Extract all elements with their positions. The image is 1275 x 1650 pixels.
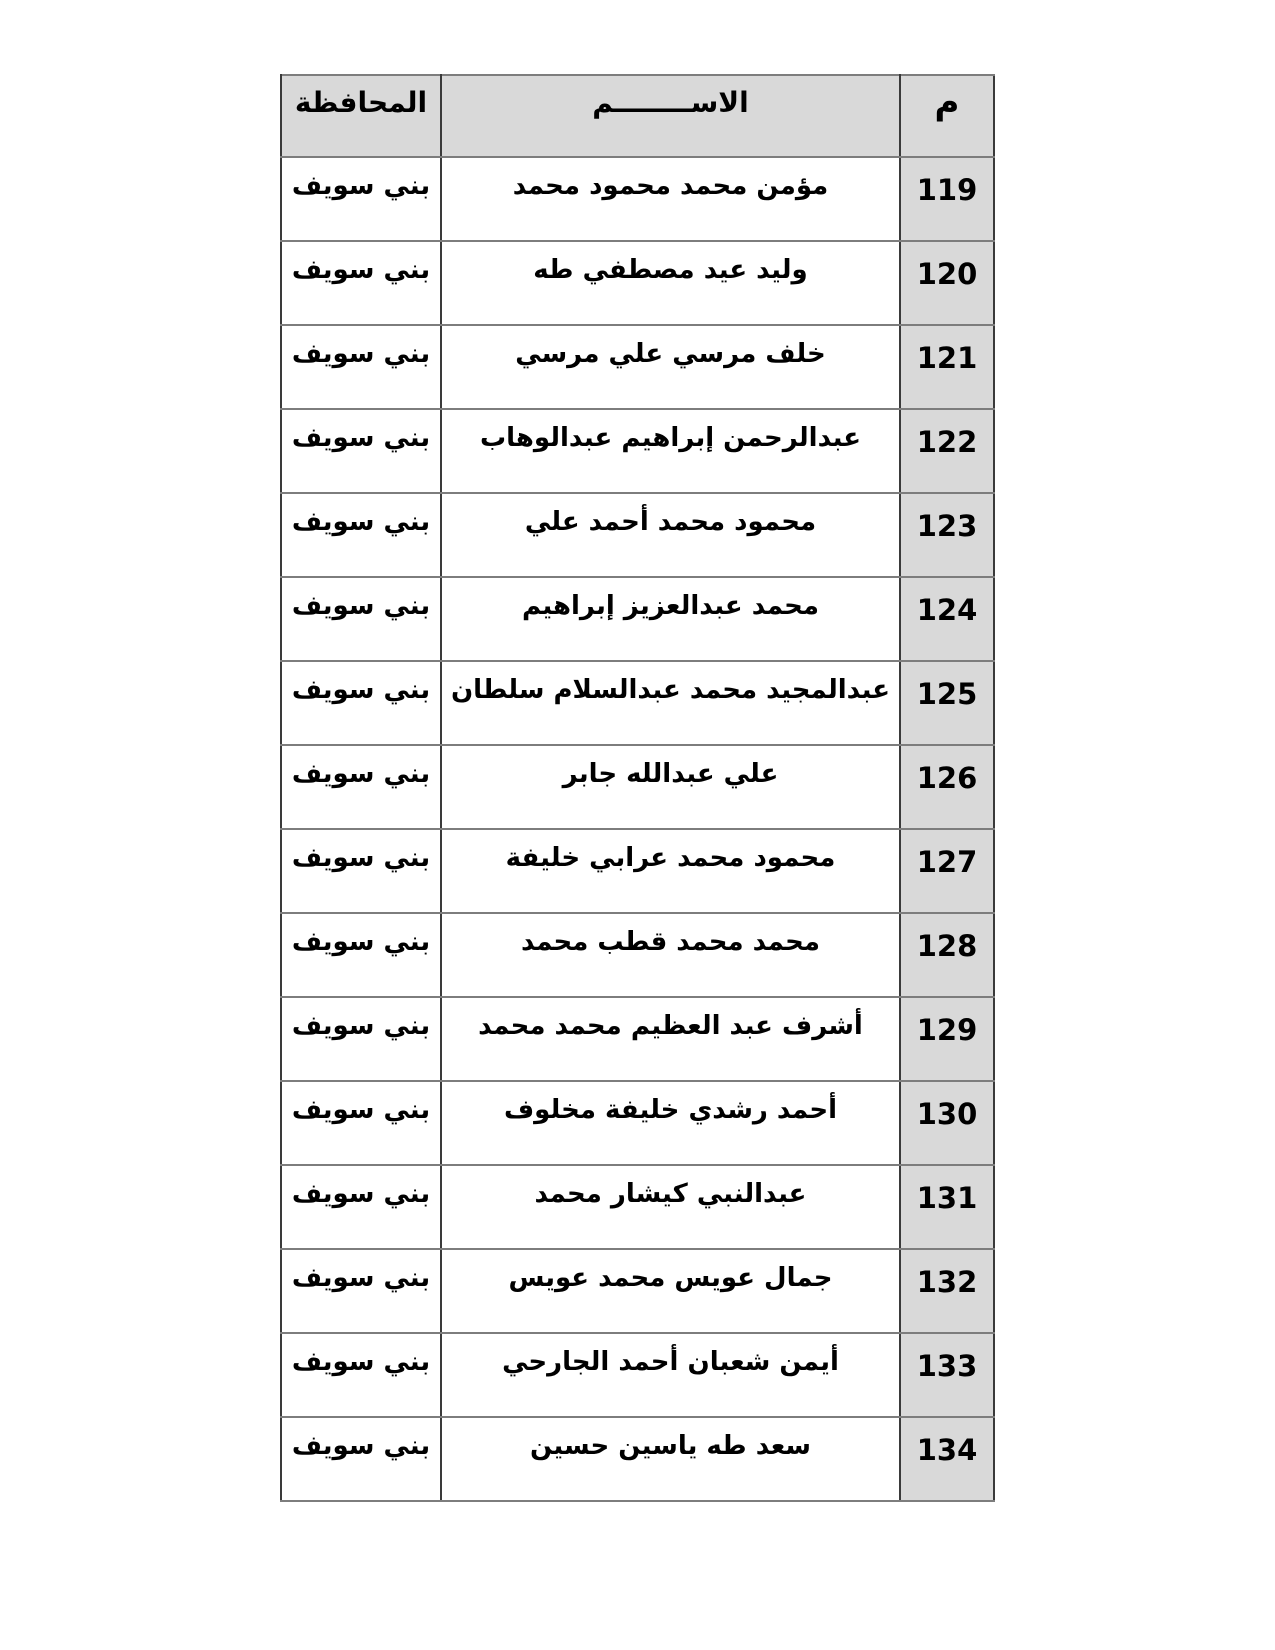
governorate-cell: بني سويف: [281, 1249, 441, 1333]
governorate-cell: بني سويف: [281, 493, 441, 577]
table-row: 128 محمد محمد قطب محمد بني سويف: [281, 913, 994, 997]
header-name: الاســــــــم: [441, 75, 900, 157]
governorate-cell: بني سويف: [281, 409, 441, 493]
name-cell: محمود محمد عرابي خليفة: [441, 829, 900, 913]
name-cell: سعد طه ياسين حسين: [441, 1417, 900, 1501]
governorate-cell: بني سويف: [281, 745, 441, 829]
name-cell: محمد محمد قطب محمد: [441, 913, 900, 997]
serial-cell: 132: [900, 1249, 994, 1333]
roster-table-body: 119 مؤمن محمد محمود محمد بني سويف 120 ول…: [281, 157, 994, 1501]
governorate-cell: بني سويف: [281, 577, 441, 661]
name-cell: علي عبدالله جابر: [441, 745, 900, 829]
governorate-cell: بني سويف: [281, 241, 441, 325]
name-cell: وليد عيد مصطفي طه: [441, 241, 900, 325]
name-cell: محمد عبدالعزيز إبراهيم: [441, 577, 900, 661]
table-row: 133 أيمن شعبان أحمد الجارحي بني سويف: [281, 1333, 994, 1417]
document-page: م الاســــــــم المحافظة 119 مؤمن محمد م…: [0, 0, 1275, 1650]
name-cell: أشرف عبد العظيم محمد محمد: [441, 997, 900, 1081]
table-row: 119 مؤمن محمد محمود محمد بني سويف: [281, 157, 994, 241]
serial-cell: 130: [900, 1081, 994, 1165]
table-row: 134 سعد طه ياسين حسين بني سويف: [281, 1417, 994, 1501]
table-row: 123 محمود محمد أحمد علي بني سويف: [281, 493, 994, 577]
serial-cell: 127: [900, 829, 994, 913]
name-cell: عبدالرحمن إبراهيم عبدالوهاب: [441, 409, 900, 493]
serial-cell: 128: [900, 913, 994, 997]
table-row: 125 عبدالمجيد محمد عبدالسلام سلطان بني س…: [281, 661, 994, 745]
table-row: 129 أشرف عبد العظيم محمد محمد بني سويف: [281, 997, 994, 1081]
serial-cell: 122: [900, 409, 994, 493]
serial-cell: 119: [900, 157, 994, 241]
name-cell: مؤمن محمد محمود محمد: [441, 157, 900, 241]
table-row: 122 عبدالرحمن إبراهيم عبدالوهاب بني سويف: [281, 409, 994, 493]
serial-cell: 120: [900, 241, 994, 325]
name-cell: محمود محمد أحمد علي: [441, 493, 900, 577]
serial-cell: 123: [900, 493, 994, 577]
header-serial-number: م: [900, 75, 994, 157]
table-row: 132 جمال عويس محمد عويس بني سويف: [281, 1249, 994, 1333]
table-row: 120 وليد عيد مصطفي طه بني سويف: [281, 241, 994, 325]
name-cell: خلف مرسي علي مرسي: [441, 325, 900, 409]
roster-table: م الاســــــــم المحافظة 119 مؤمن محمد م…: [280, 74, 995, 1502]
name-cell: عبدالمجيد محمد عبدالسلام سلطان: [441, 661, 900, 745]
table-row: 124 محمد عبدالعزيز إبراهيم بني سويف: [281, 577, 994, 661]
governorate-cell: بني سويف: [281, 997, 441, 1081]
governorate-cell: بني سويف: [281, 1081, 441, 1165]
table-row: 126 علي عبدالله جابر بني سويف: [281, 745, 994, 829]
name-cell: أيمن شعبان أحمد الجارحي: [441, 1333, 900, 1417]
governorate-cell: بني سويف: [281, 829, 441, 913]
serial-cell: 121: [900, 325, 994, 409]
serial-cell: 134: [900, 1417, 994, 1501]
serial-cell: 133: [900, 1333, 994, 1417]
serial-cell: 131: [900, 1165, 994, 1249]
table-row: 131 عبدالنبي كيشار محمد بني سويف: [281, 1165, 994, 1249]
governorate-cell: بني سويف: [281, 1333, 441, 1417]
serial-cell: 129: [900, 997, 994, 1081]
name-cell: أحمد رشدي خليفة مخلوف: [441, 1081, 900, 1165]
table-row: 130 أحمد رشدي خليفة مخلوف بني سويف: [281, 1081, 994, 1165]
governorate-cell: بني سويف: [281, 1417, 441, 1501]
governorate-cell: بني سويف: [281, 1165, 441, 1249]
name-cell: عبدالنبي كيشار محمد: [441, 1165, 900, 1249]
governorate-cell: بني سويف: [281, 661, 441, 745]
governorate-cell: بني سويف: [281, 157, 441, 241]
table-row: 121 خلف مرسي علي مرسي بني سويف: [281, 325, 994, 409]
table-header-row: م الاســــــــم المحافظة: [281, 75, 994, 157]
name-cell: جمال عويس محمد عويس: [441, 1249, 900, 1333]
serial-cell: 126: [900, 745, 994, 829]
governorate-cell: بني سويف: [281, 913, 441, 997]
table-row: 127 محمود محمد عرابي خليفة بني سويف: [281, 829, 994, 913]
header-governorate: المحافظة: [281, 75, 441, 157]
serial-cell: 125: [900, 661, 994, 745]
governorate-cell: بني سويف: [281, 325, 441, 409]
serial-cell: 124: [900, 577, 994, 661]
